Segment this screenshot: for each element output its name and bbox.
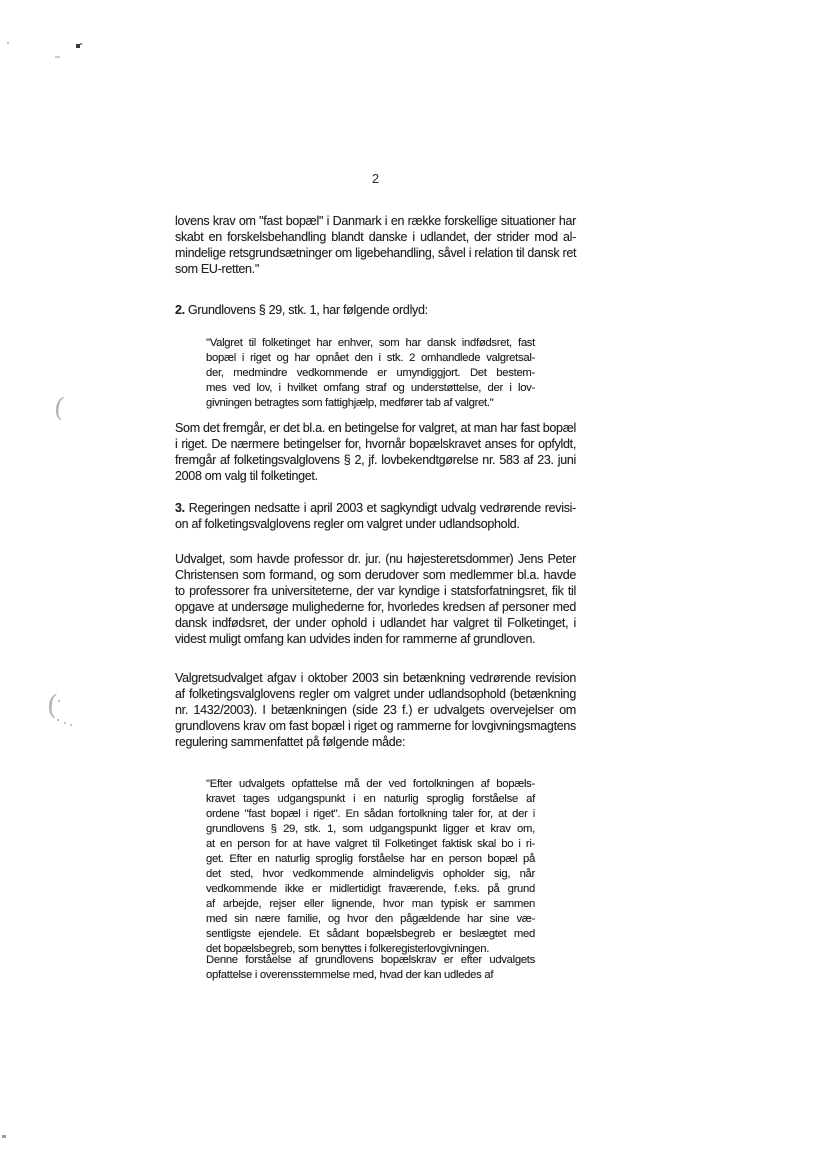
- text-line: 2008 om valg til folketinget.: [175, 468, 576, 484]
- scan-artifact-speck: [58, 700, 60, 702]
- text-line: sentligste ejendele. Et sådant bopælsbeg…: [206, 927, 535, 942]
- text-line: mindelige retsgrundsætninger om ligebeha…: [175, 245, 576, 261]
- text-line: skabt en forskelsbehandling blandt dansk…: [175, 229, 576, 245]
- text-line: med sin nære familie, og hvor den pågæld…: [206, 912, 535, 927]
- scanned-document-page: 2 ( ( lovens krav om "fast bopæl" i Danm…: [0, 0, 825, 1168]
- blockquote-betaenkning-part2: Denne forståelse af grundlovens bopælskr…: [206, 953, 535, 983]
- text-line: "Efter udvalgets opfattelse må der ved f…: [206, 777, 535, 792]
- text-line: Valgretsudvalget afgav i oktober 2003 si…: [175, 670, 576, 686]
- text-line: nr. 1432/2003). I betænkningen (side 23 …: [175, 702, 576, 718]
- section-2-heading: 2. Grundlovens § 29, stk. 1, har følgend…: [175, 302, 576, 318]
- text-line: to professorer fra universiteterne, der …: [175, 583, 576, 599]
- text-line: videst muligt omfang kan udvides inden f…: [175, 631, 576, 647]
- paragraph-udvalget: Udvalget, som havde professor dr. jur. (…: [175, 551, 576, 647]
- page-number: 2: [175, 171, 576, 186]
- text-line: get. Efter en naturlig sproglig forståel…: [206, 852, 535, 867]
- paragraph-valgretsudvalget: Valgretsudvalget afgav i oktober 2003 si…: [175, 670, 576, 750]
- text-line: "Valgret til folketinget har enhver, som…: [206, 336, 535, 351]
- scan-artifact-speck: [64, 722, 66, 724]
- text-line: grundlovens § 29, stk. 1, som udgangspun…: [206, 822, 535, 837]
- text-line: givningen betragtes som fattighjælp, med…: [206, 396, 535, 411]
- text-line: af arbejde, rejser eller lignende, hvor …: [206, 897, 535, 912]
- scan-artifact-speck: [2, 1135, 6, 1138]
- text-line: grundlovens krav om fast bopæl i riget o…: [175, 718, 576, 734]
- text-line: bopæl i riget og har opnået den i stk. 2…: [206, 351, 535, 366]
- text-line: Udvalget, som havde professor dr. jur. (…: [175, 551, 576, 567]
- text-line: lovens krav om "fast bopæl" i Danmark i …: [175, 213, 576, 229]
- scan-artifact-speck: [70, 724, 72, 726]
- scan-artifact-speck: [57, 719, 59, 721]
- text-line: opgave at undersøge mulighederne for, hv…: [175, 599, 576, 615]
- text-line: der, medmindre vedkommende er umyndiggjo…: [206, 366, 535, 381]
- text-line: on af folketingsvalglovens regler om val…: [175, 516, 576, 532]
- text-line: mes ved lov, i hvilket omfang straf og u…: [206, 381, 535, 396]
- text-line: opfattelse i overensstemmelse med, hvad …: [206, 968, 535, 983]
- text-line: det sted, hvor vedkommende almindeligvis…: [206, 867, 535, 882]
- section-3-paragraph: 3. Regeringen nedsatte i april 2003 et s…: [175, 500, 576, 532]
- text-line: ordene "fast bopæl i riget". En sådan fo…: [206, 807, 535, 822]
- text-line: dansk indfødsret, der under ophold i udl…: [175, 615, 576, 631]
- scan-artifact-speck: [7, 42, 9, 44]
- paragraph-som-det-fremgaar: Som det fremgår, er det bl.a. en betinge…: [175, 420, 576, 484]
- text-line: regulering sammenfattet på følgende måde…: [175, 734, 576, 750]
- text-line: i riget. De nærmere betingelser for, hvo…: [175, 436, 576, 452]
- paragraph-intro-continuation: lovens krav om "fast bopæl" i Danmark i …: [175, 213, 576, 277]
- text-line: Denne forståelse af grundlovens bopælskr…: [206, 953, 535, 968]
- text-line: af folketingsvalglovens regler om valgre…: [175, 686, 576, 702]
- text-line: 3. Regeringen nedsatte i april 2003 et s…: [175, 500, 576, 516]
- blockquote-betaenkning-part1: "Efter udvalgets opfattelse må der ved f…: [206, 777, 535, 957]
- text-line: 2. Grundlovens § 29, stk. 1, har følgend…: [175, 302, 576, 318]
- pencil-margin-mark: (: [52, 392, 66, 423]
- text-line: at en person for at have valgret til Fol…: [206, 837, 535, 852]
- scan-artifact-speck: [76, 44, 80, 48]
- text-line: Som det fremgår, er det bl.a. en betinge…: [175, 420, 576, 436]
- text-line: fremgår af folketingsvalglovens § 2, jf.…: [175, 452, 576, 468]
- text-line: vedkommende ikke er midlertidigt fravære…: [206, 882, 535, 897]
- blockquote-grundloven-29: "Valgret til folketinget har enhver, som…: [206, 336, 535, 411]
- text-line: kravet tages udgangspunkt i en naturlig …: [206, 792, 535, 807]
- scan-artifact-speck: [55, 56, 60, 58]
- pencil-margin-mark: (: [46, 690, 59, 722]
- text-line: Christensen som formand, og som derudove…: [175, 567, 576, 583]
- text-line: som EU-retten.": [175, 261, 576, 277]
